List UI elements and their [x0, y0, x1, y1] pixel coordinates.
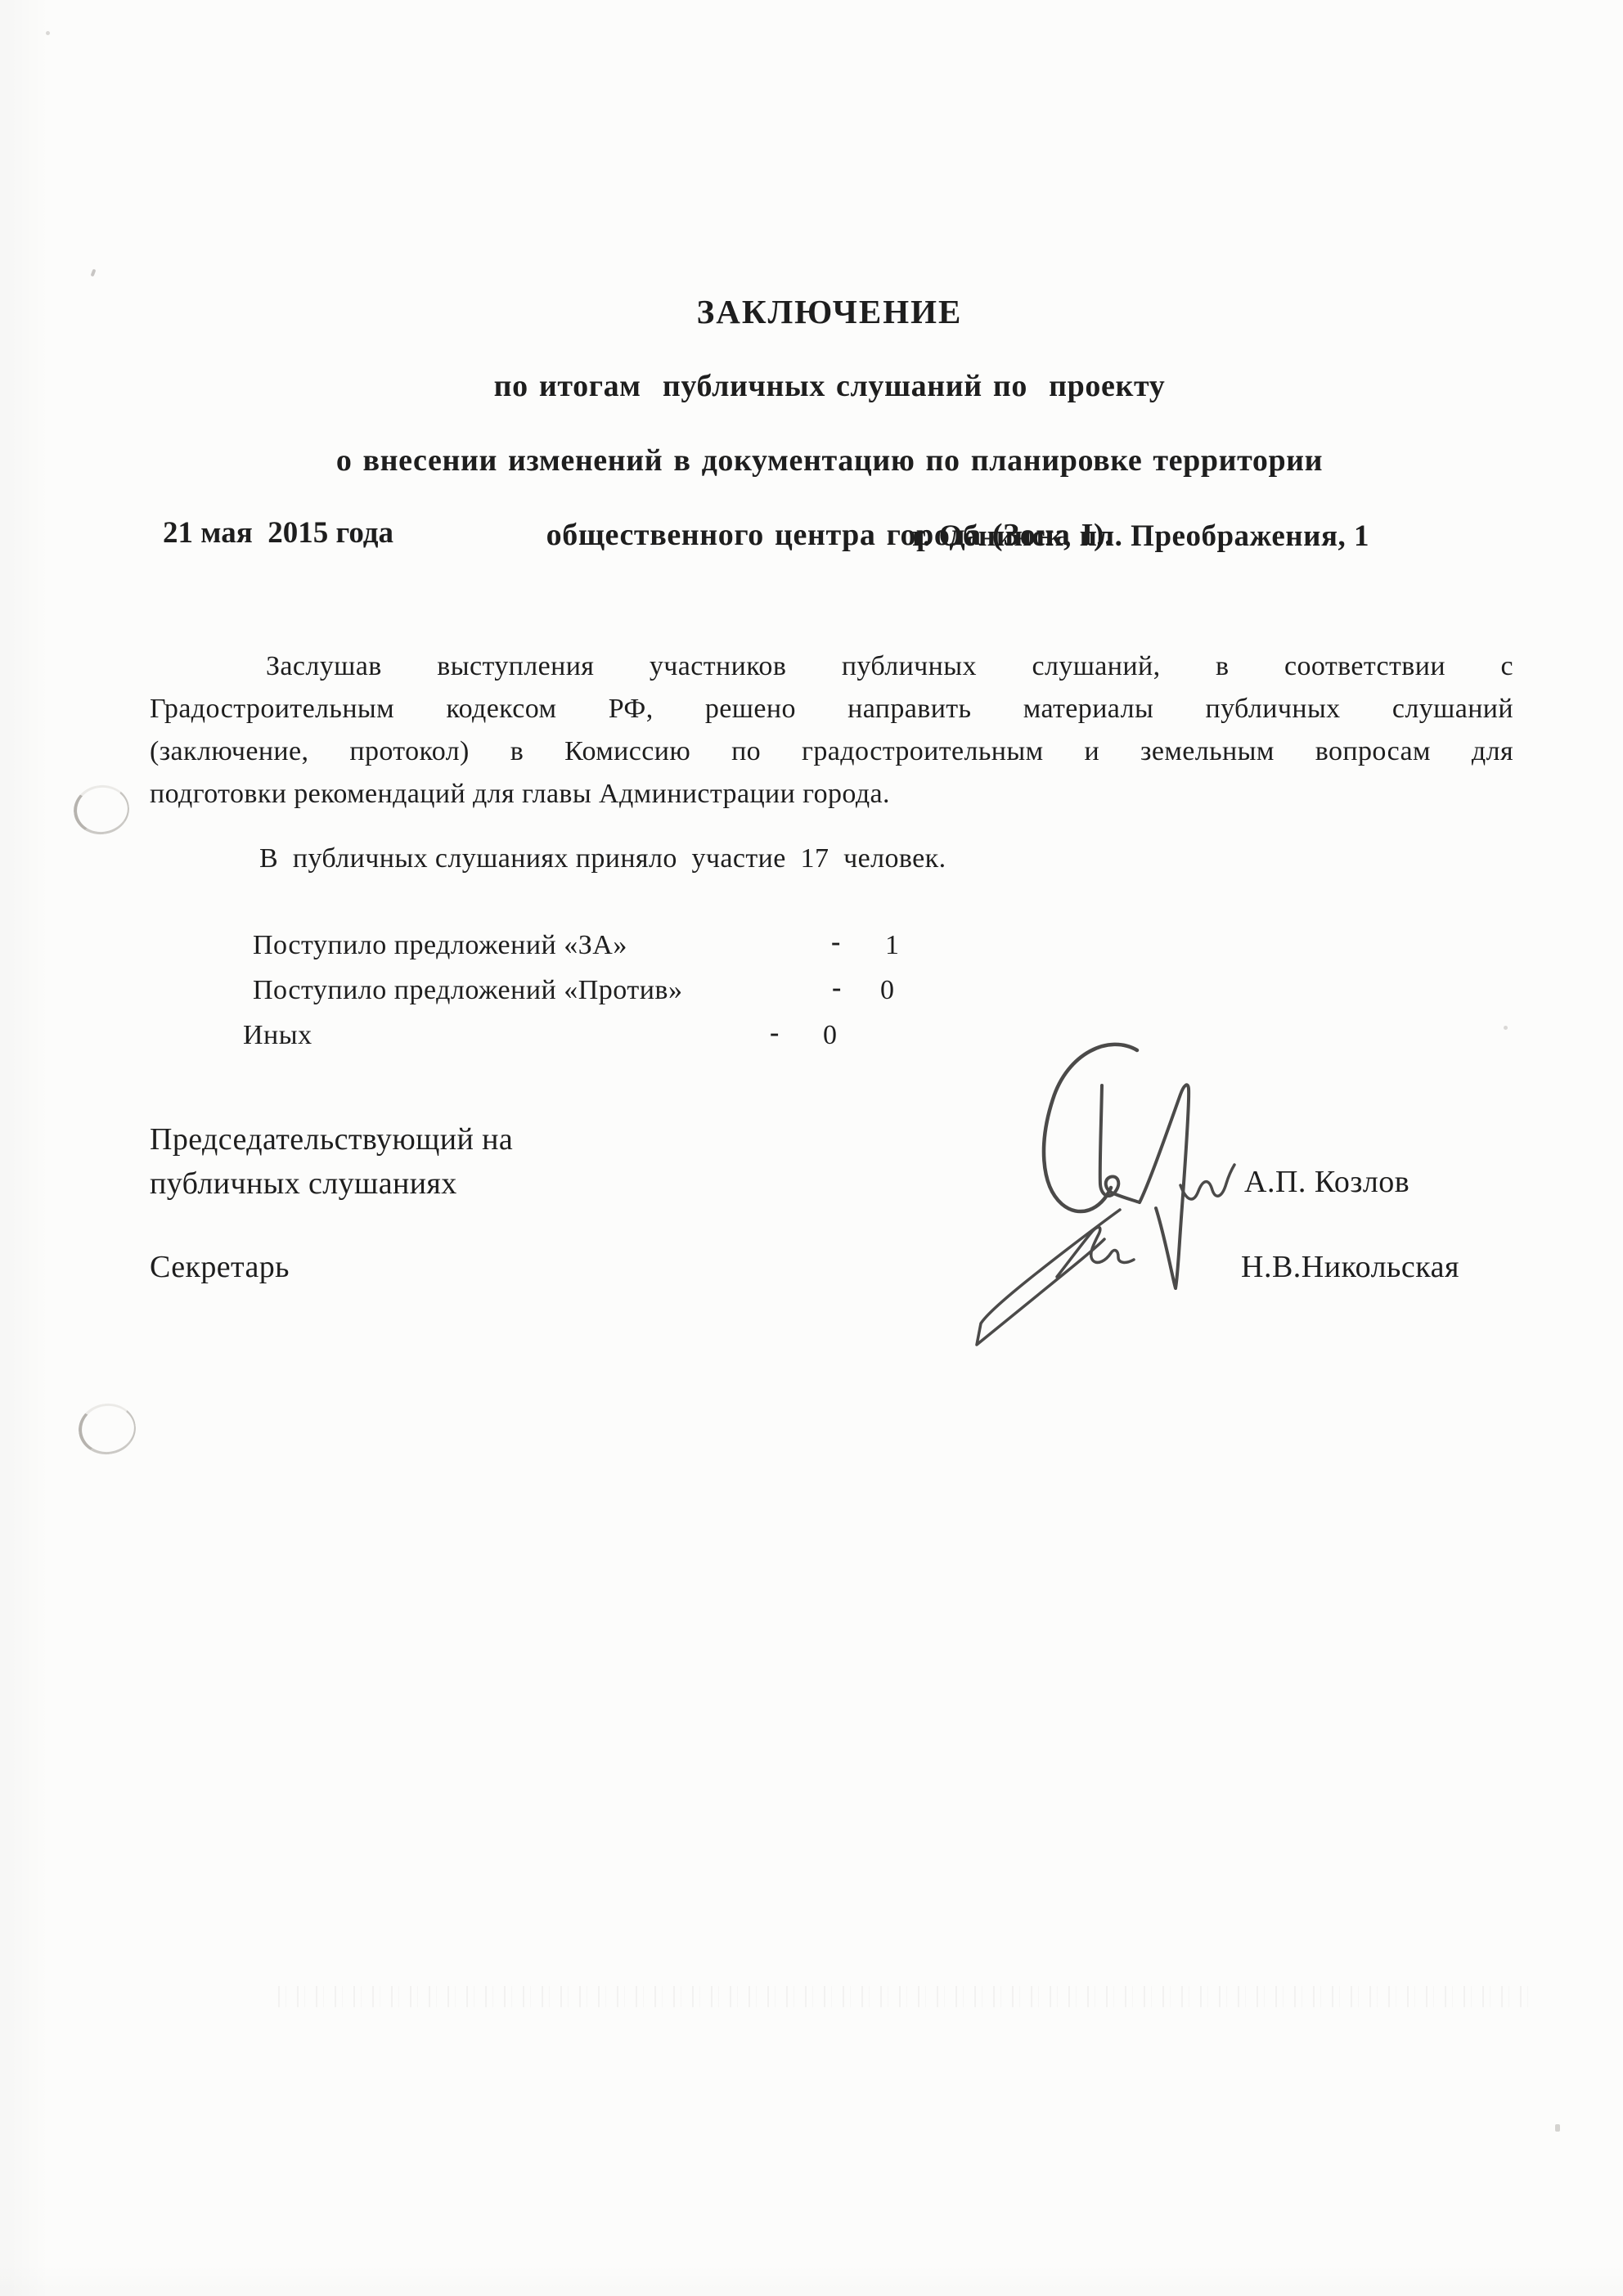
paragraph-line-4: подготовки рекомендаций для главы Админи…	[150, 773, 1513, 816]
hole-punch-mark-top	[70, 782, 133, 838]
scan-speck	[1555, 2124, 1560, 2132]
vote-value: 0	[823, 1018, 838, 1054]
scan-speck	[1504, 1026, 1508, 1030]
vote-label: Поступило предложений «Против»	[253, 973, 682, 1009]
scan-noise-band	[278, 1986, 1530, 2007]
vote-value: 1	[885, 928, 900, 964]
chair-signature-squiggle	[1180, 1165, 1234, 1199]
hole-punch-mark-bottom	[75, 1400, 139, 1458]
secretary-signature-blade	[977, 1210, 1120, 1345]
participation-statement: В публичных слушаниях приняло участие 17…	[259, 841, 946, 877]
scan-speck	[46, 31, 50, 35]
vote-dash: -	[832, 970, 842, 1006]
chair-signature-stem	[1100, 1085, 1140, 1202]
document-page: ЗАКЛЮЧЕНИЕ по итогам публичных слушаний …	[0, 0, 1623, 2296]
document-date: 21 мая 2015 года	[163, 515, 393, 550]
chair-label-line-2: публичных слушаниях	[150, 1166, 457, 1202]
paragraph-line-2: Градостроительным кодексом РФ, решено на…	[150, 688, 1513, 730]
title-line-2: по итогам публичных слушаний по проекту	[18, 364, 1623, 409]
vote-label: Поступило предложений «ЗА»	[253, 928, 627, 964]
vote-dash: -	[770, 1015, 780, 1051]
chair-name: А.П. Козлов	[1244, 1164, 1409, 1200]
chair-label-line-1: Председательствующий на	[150, 1121, 513, 1157]
document-place: г. Обнинск, пл. Преображения, 1	[912, 519, 1369, 554]
secretary-name: Н.В.Никольская	[1241, 1249, 1459, 1285]
title-line-1: ЗАКЛЮЧЕНИЕ	[18, 290, 1623, 335]
main-paragraph: Заслушав выступления участников публичны…	[150, 645, 1513, 816]
secretary-label: Секретарь	[150, 1249, 290, 1285]
vote-label: Иных	[243, 1018, 312, 1054]
vote-dash: -	[831, 924, 841, 960]
vote-value: 0	[880, 973, 895, 1009]
title-line-3: о внесении изменений в документацию по п…	[18, 438, 1623, 483]
paragraph-line-1: Заслушав выступления участников публичны…	[150, 645, 1513, 688]
handwritten-signatures	[924, 1010, 1268, 1370]
chair-signature-loop	[1044, 1045, 1137, 1211]
paragraph-line-3: (заключение, протокол) в Комиссию по гра…	[150, 730, 1513, 773]
